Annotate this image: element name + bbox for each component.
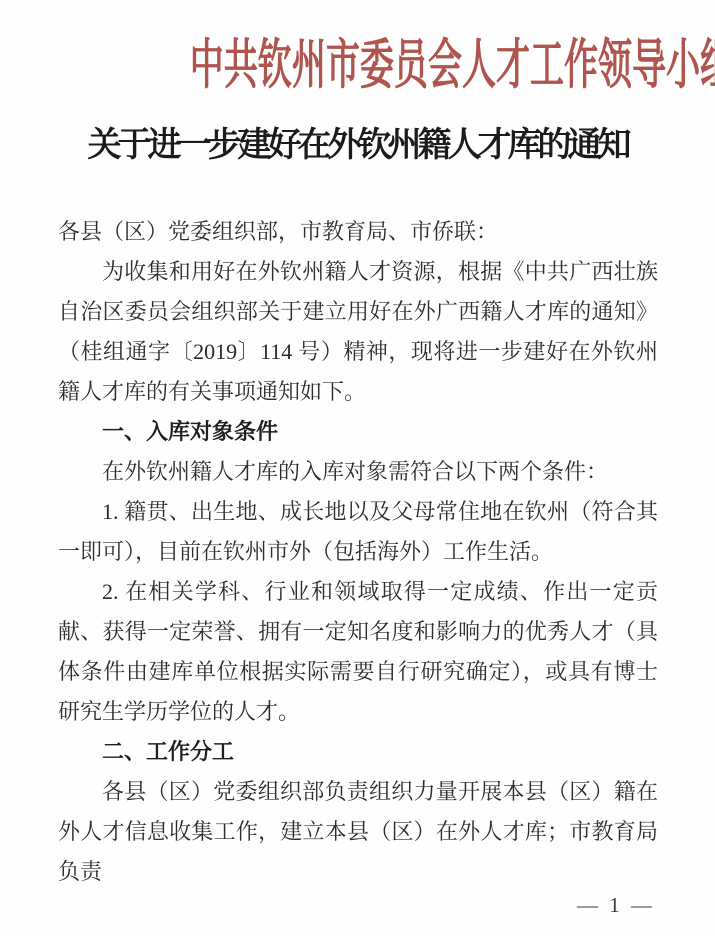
section-heading-2: 二、工作分工 xyxy=(58,732,658,772)
document-issuer-header: 中共钦州市委员会人才工作领导小组办公室 xyxy=(0,34,715,96)
document-body: 各县（区）党委组织部，市教育局、市侨联： 为收集和用好在外钦州籍人才资源，根据《… xyxy=(58,212,658,892)
salutation-line: 各县（区）党委组织部，市教育局、市侨联： xyxy=(58,212,658,252)
paragraph-opening: 为收集和用好在外钦州籍人才资源，根据《中共广西壮族自治区委员会组织部关于建立用好… xyxy=(58,252,658,412)
section-heading-1: 一、入库对象条件 xyxy=(58,412,658,452)
condition-item-1: 1. 籍贯、出生地、成长地以及父母常住地在钦州（符合其一即可），目前在钦州市外（… xyxy=(58,492,658,572)
issuer-header-text: 中共钦州市委员会人才工作领导小组办公室 xyxy=(190,34,715,96)
condition-item-2: 2. 在相关学科、行业和领域取得一定成绩、作出一定贡献、获得一定荣誉、拥有一定知… xyxy=(58,572,658,732)
document-title: 关于进一步建好在外钦州籍人才库的通知 xyxy=(0,124,715,168)
page-number: — 1 — xyxy=(577,893,655,918)
document-page: 中共钦州市委员会人才工作领导小组办公室 关于进一步建好在外钦州籍人才库的通知 各… xyxy=(0,0,715,936)
paragraph-division-of-work: 各县（区）党委组织部负责组织力量开展本县（区）籍在外人才信息收集工作，建立本县（… xyxy=(58,772,658,892)
paragraph-conditions-intro: 在外钦州籍人才库的入库对象需符合以下两个条件： xyxy=(58,452,658,492)
